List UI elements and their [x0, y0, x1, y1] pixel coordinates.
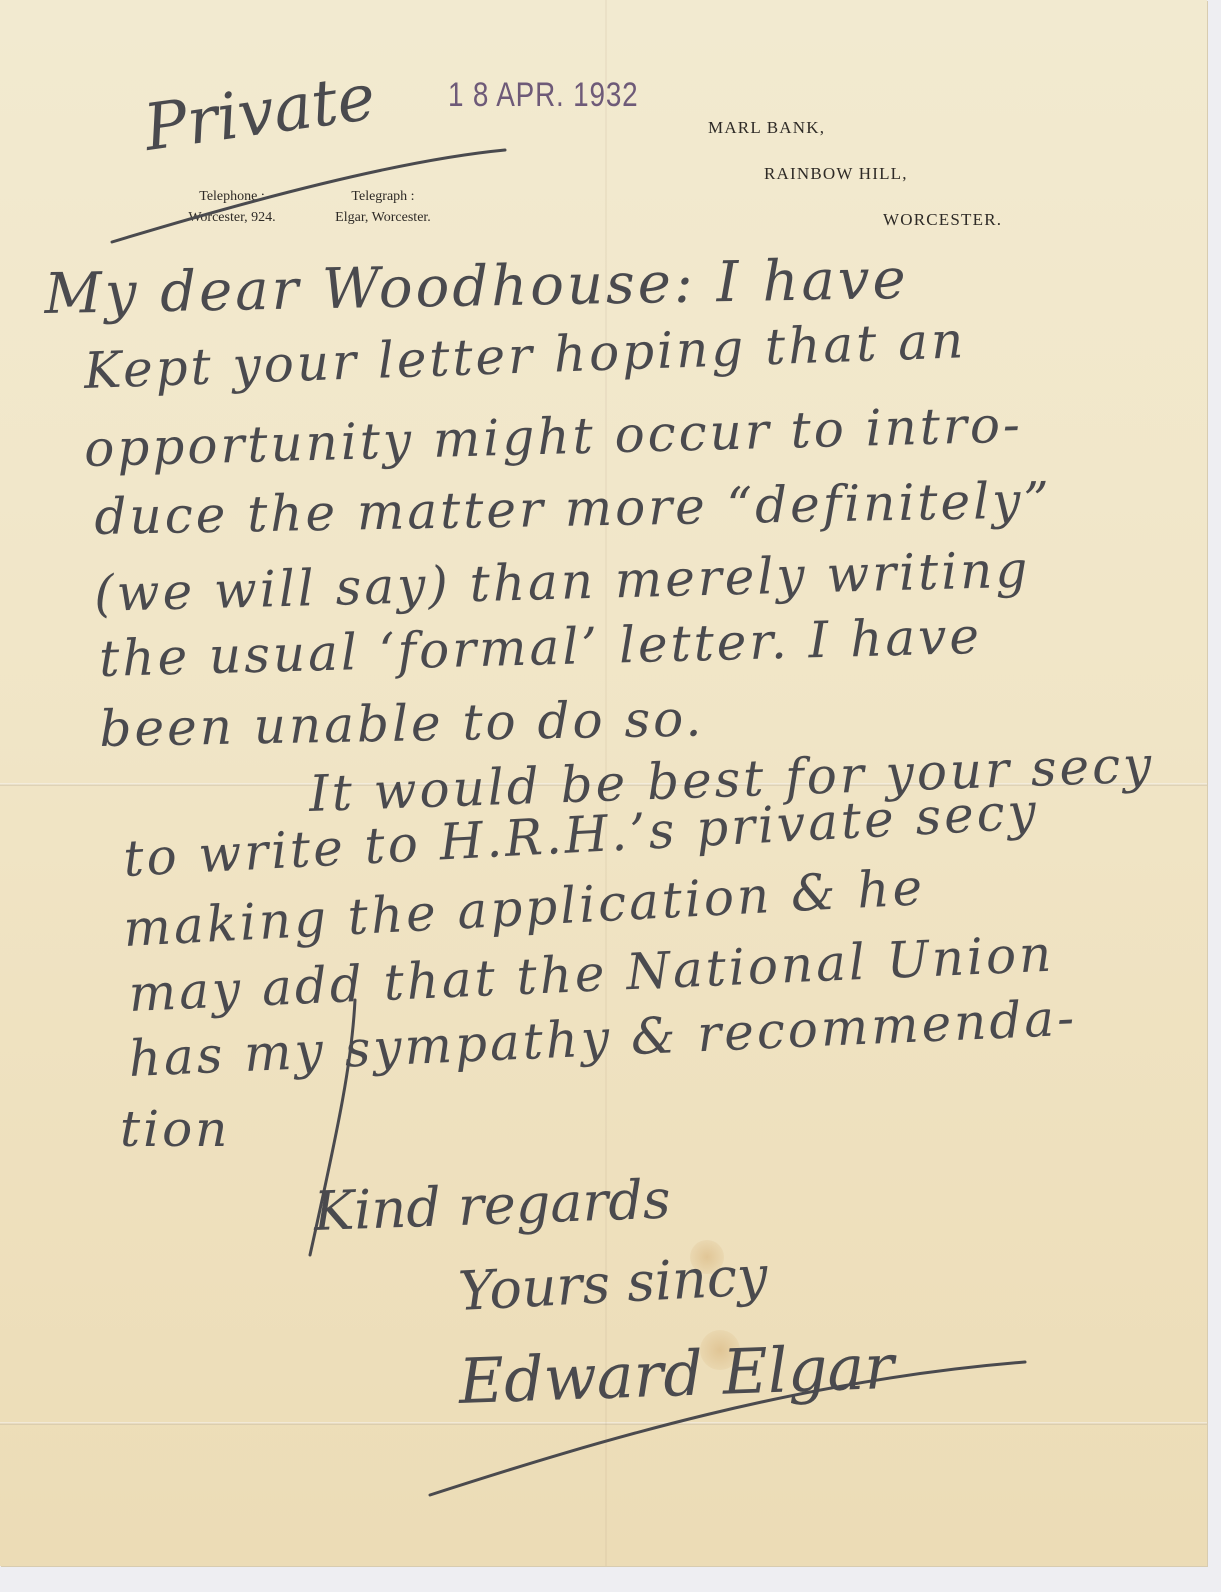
letter-line: duce the matter more “definitely” [94, 471, 1052, 546]
letterhead-telephone: Telephone : Worcester, 924. [170, 186, 294, 228]
telephone-label: Telephone : [170, 186, 294, 207]
letter-line: been unable to do so. [99, 689, 705, 758]
telephone-value: Worcester, 924. [170, 207, 294, 228]
letter-line: tion [120, 1100, 230, 1158]
letterhead-address-line-3: WORCESTER. [883, 210, 1002, 230]
letterhead-address-line-1: MARL BANK, [708, 118, 825, 138]
salutation: My dear Woodhouse: I have [44, 247, 909, 327]
letter-line: opportunity might occur to intro- [83, 395, 1023, 478]
valediction: Yours sincy [457, 1244, 769, 1323]
fold-line [0, 1422, 1207, 1425]
letterhead-telegraph: Telegraph : Elgar, Worcester. [318, 186, 448, 228]
letter-line: Kept your letter hoping that an [83, 311, 967, 400]
signature: Edward Elgar [457, 1330, 895, 1418]
telegraph-value: Elgar, Worcester. [318, 207, 448, 228]
date-stamp: 1 8 APR. 1932 [448, 76, 638, 115]
telegraph-label: Telegraph : [318, 186, 448, 207]
handwritten-private-heading: Private [140, 60, 380, 166]
letterhead-address-line-2: RAINBOW HILL, [764, 164, 908, 184]
letter-paper: 1 8 APR. 1932 MARL BANK, RAINBOW HILL, W… [0, 0, 1207, 1566]
closing-kind-regards: Kind regards [313, 1168, 672, 1243]
